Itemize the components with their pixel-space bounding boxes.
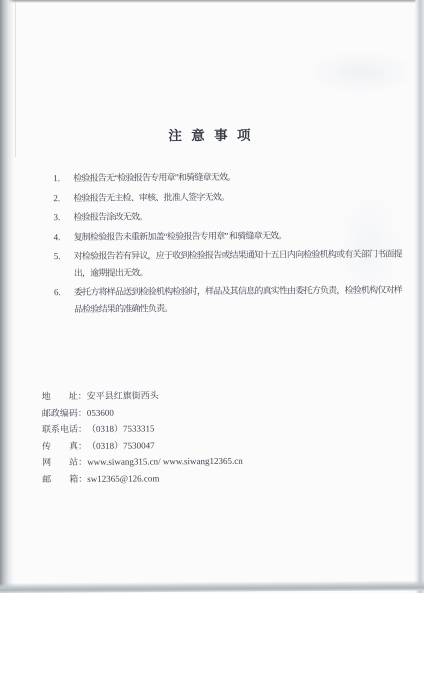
- notice-item: 1. 检验报告无“检验报告专用章”和骑缝章无效。: [53, 168, 401, 187]
- contact-row-postcode: 邮政编码： 053600: [42, 403, 243, 421]
- contact-value: sw12365@126.com: [87, 470, 159, 487]
- contact-row-website: 网 站： www.siwang315.cn/ www.siwang12365.c…: [42, 453, 243, 471]
- contact-row-address: 地 址： 安平县红旗街西头: [42, 387, 243, 405]
- contact-label: 邮政编码：: [42, 404, 87, 421]
- contact-label: 邮 箱：: [42, 471, 87, 488]
- contact-label: 联系电话：: [42, 421, 87, 438]
- notice-number: 1.: [53, 170, 73, 187]
- contact-value: （0318）7530047: [87, 437, 155, 454]
- scan-pink-line: [15, 2, 16, 157]
- contact-value: www.siwang315.cn/ www.siwang12365.cn: [87, 453, 243, 471]
- notice-number: 2.: [53, 189, 73, 206]
- screenshot-viewport: 注 意 事 项 1. 检验报告无“检验报告专用章”和骑缝章无效。 2. 检验报告…: [0, 0, 424, 700]
- scanned-document-page: 注 意 事 项 1. 检验报告无“检验报告专用章”和骑缝章无效。 2. 检验报告…: [0, 0, 424, 593]
- notice-number: 3.: [53, 209, 73, 226]
- contact-label: 网 站：: [42, 454, 87, 471]
- contact-row-phone: 联系电话： （0318）7533315: [42, 420, 243, 438]
- contact-value: 安平县红旗街西头: [87, 387, 159, 404]
- notice-text: 检验报告无“检验报告专用章”和骑缝章无效。: [73, 168, 401, 187]
- notice-number: 5.: [54, 248, 74, 281]
- scan-smudge: [306, 50, 416, 95]
- contact-label: 传 真：: [42, 438, 87, 455]
- scan-smudge: [334, 185, 404, 305]
- contact-block: 地 址： 安平县红旗街西头 邮政编码： 053600 联系电话： （0318）7…: [42, 387, 243, 488]
- contact-value: 053600: [87, 404, 114, 421]
- contact-row-email: 邮 箱： sw12365@126.com: [42, 470, 243, 488]
- contact-label: 地 址：: [42, 388, 87, 405]
- notice-number: 4.: [54, 228, 74, 245]
- contact-value: （0318）7533315: [87, 421, 155, 438]
- page-title: 注 意 事 项: [0, 123, 423, 146]
- page-edge-top: [0, 0, 424, 3]
- page-edge-left: [0, 0, 14, 593]
- contact-row-fax: 传 真： （0318）7530047: [42, 437, 243, 455]
- notice-number: 6.: [54, 284, 74, 317]
- page-edge-right: [414, 0, 424, 593]
